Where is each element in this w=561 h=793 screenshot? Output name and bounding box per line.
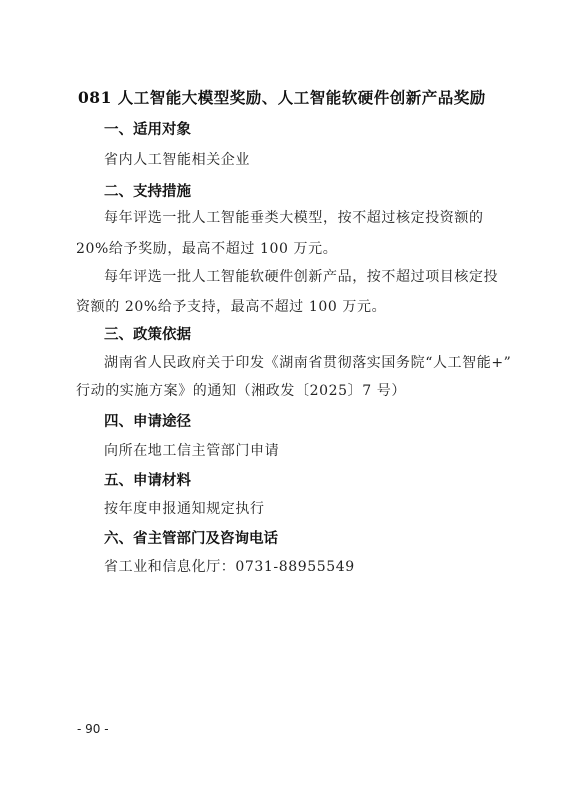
policy-basis-line-2: 行动的实施方案》的通知（湘政发〔2025〕7 号） xyxy=(76,380,406,400)
support-measure-2-line-2: 资额的 20%给予支持，最高不超过 100 万元。 xyxy=(76,296,386,316)
section-heading-applicable-targets: 一、适用对象 xyxy=(104,118,191,139)
section-heading-application-channel: 四、申请途径 xyxy=(104,410,191,431)
application-channel-text: 向所在地工信主管部门申请 xyxy=(104,440,279,460)
section-heading-policy-basis: 三、政策依据 xyxy=(104,323,191,344)
document-page: 081 人工智能大模型奖励、人工智能软硬件创新产品奖励 一、适用对象 省内人工智… xyxy=(0,0,561,793)
contact-phone-text: 省工业和信息化厅：0731-88955549 xyxy=(104,556,355,576)
page-number: - 90 - xyxy=(77,722,109,736)
section-heading-contact: 六、省主管部门及咨询电话 xyxy=(104,527,278,548)
document-title: 081 人工智能大模型奖励、人工智能软硬件创新产品奖励 xyxy=(78,86,518,108)
application-materials-text: 按年度申报通知规定执行 xyxy=(104,498,265,518)
support-measure-1-line-2: 20%给予奖励，最高不超过 100 万元。 xyxy=(76,238,337,258)
section-heading-application-materials: 五、申请材料 xyxy=(104,469,191,490)
section-text-applicable-targets: 省内人工智能相关企业 xyxy=(104,149,250,169)
policy-basis-line-1: 湖南省人民政府关于印发《湖南省贯彻落实国务院“人工智能+” xyxy=(104,352,511,372)
section-heading-support-measures: 二、支持措施 xyxy=(104,180,191,201)
support-measure-2-line-1: 每年评选一批人工智能软硬件创新产品，按不超过项目核定投 xyxy=(104,266,498,286)
support-measure-1-line-1: 每年评选一批人工智能垂类大模型，按不超过核定投资额的 xyxy=(104,207,484,227)
